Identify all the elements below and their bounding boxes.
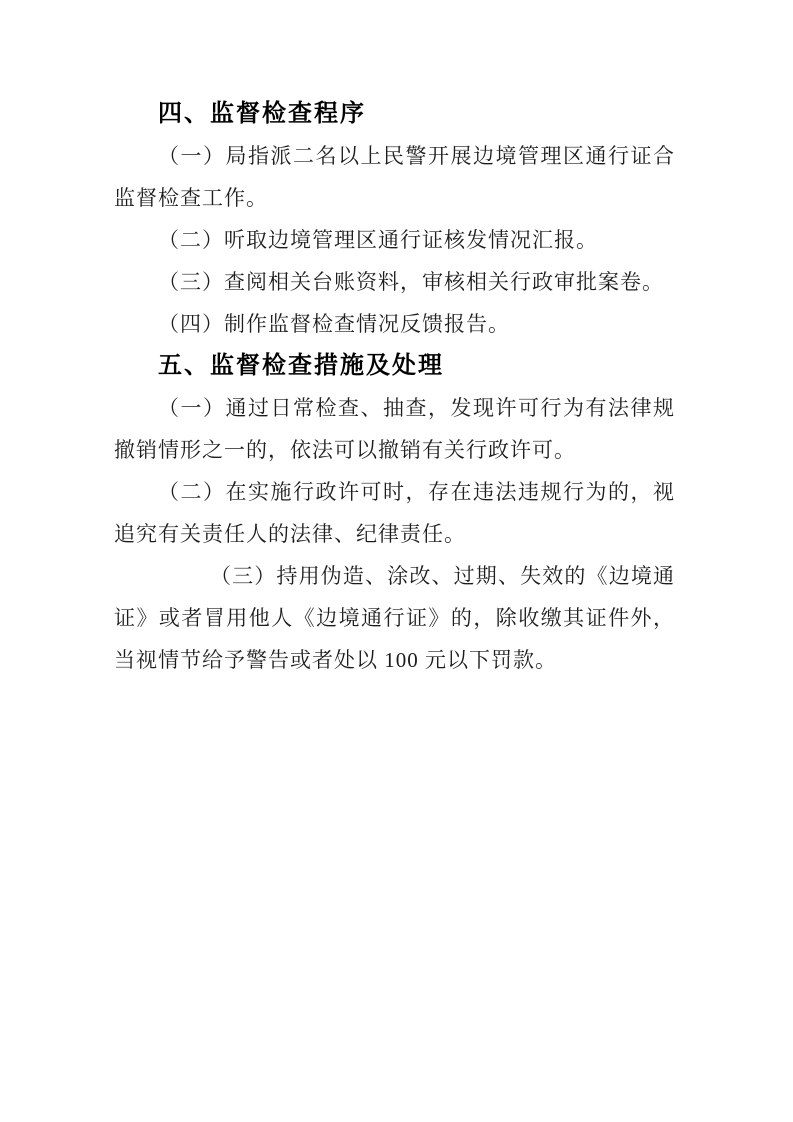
section-four-para-2: （二）听取边境管理区通行证核发情况汇报。 [114, 219, 675, 261]
document-page: 四、监督检查程序 （一）局指派二名以上民警开展边境管理区通行证合法 监督检查工作… [0, 0, 793, 1122]
section-four-heading: 四、监督检查程序 [114, 93, 675, 135]
section-five-para-2-line-1: （二）在实施行政许可时，存在违法违规行为的，视情 [114, 471, 675, 513]
section-four-para-4: （四）制作监督检查情况反馈报告。 [114, 303, 675, 345]
section-four-para-3: （三）查阅相关台账资料，审核相关行政审批案卷。 [114, 261, 675, 303]
section-five-para-3-line-1: （三）持用伪造、涂改、过期、失效的《边境通行 [114, 555, 675, 597]
section-five-para-3-line-3: 当视情节给予警告或者处以 100 元以下罚款。 [114, 639, 675, 681]
section-four-para-1-line-1: （一）局指派二名以上民警开展边境管理区通行证合法 [114, 135, 675, 177]
section-five-para-1-line-2: 撤销情形之一的，依法可以撤销有关行政许可。 [114, 429, 675, 471]
section-four-para-1-line-2: 监督检查工作。 [114, 177, 675, 219]
section-five-para-2-line-2: 追究有关责任人的法律、纪律责任。 [114, 513, 675, 555]
section-five-para-3-line-2: 证》或者冒用他人《边境通行证》的，除收缴其证件外，应 [114, 597, 675, 639]
section-five-heading: 五、监督检查措施及处理 [114, 345, 675, 387]
section-five-para-1-line-1: （一）通过日常检查、抽查，发现许可行为有法律规定 [114, 387, 675, 429]
document-body: 四、监督检查程序 （一）局指派二名以上民警开展边境管理区通行证合法 监督检查工作… [114, 93, 675, 681]
